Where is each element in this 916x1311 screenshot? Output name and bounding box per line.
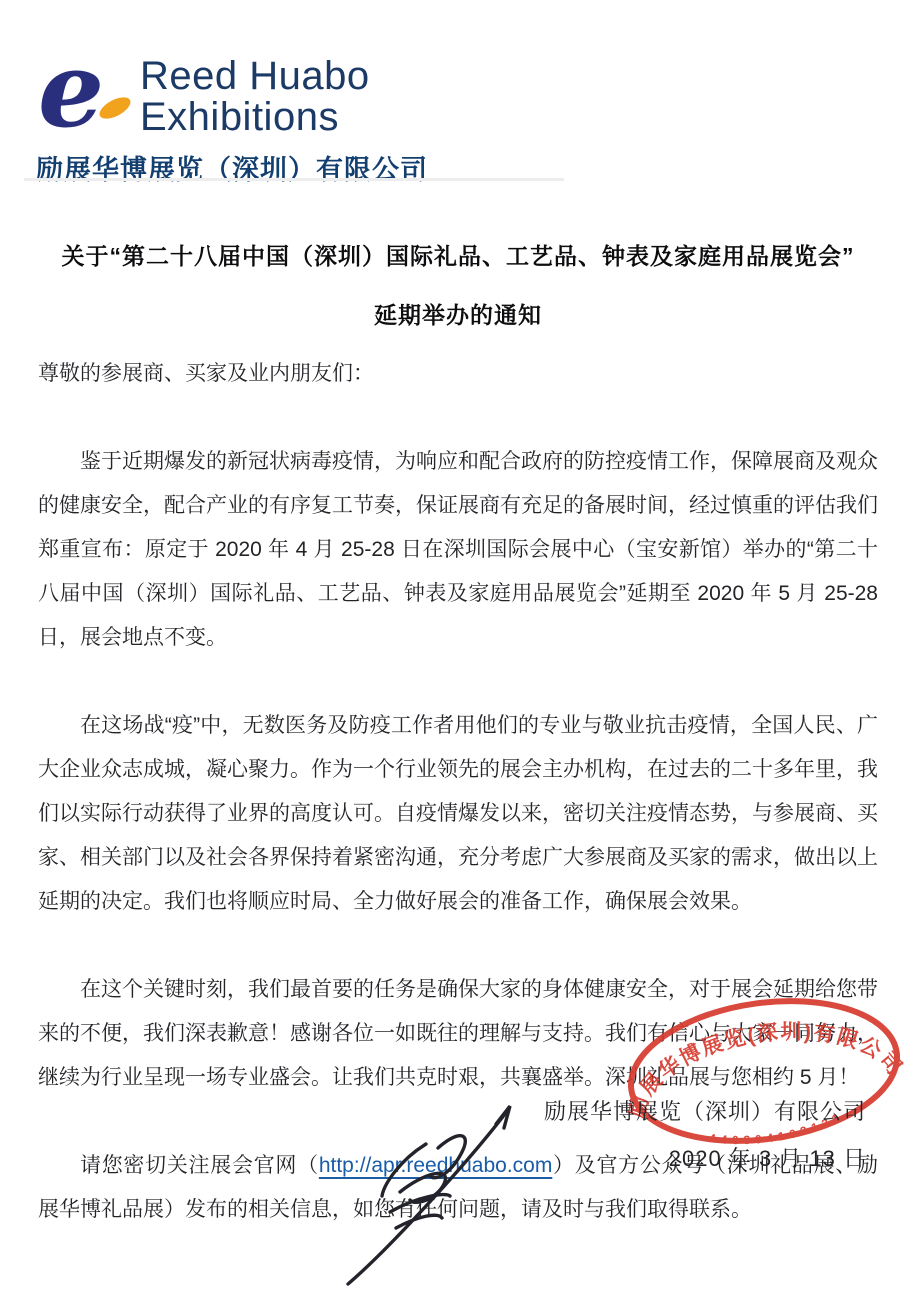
paragraph-postponement: 鉴于近期爆发的新冠状病毒疫情，为响应和配合政府的防控疫情工作，保障展商及观众的健… bbox=[38, 440, 878, 660]
logo-e-glyph: e bbox=[38, 46, 104, 142]
notice-title: 关于“第二十八届中国（深圳）国际礼品、工艺品、钟表及家庭用品展览会” 延期举办的… bbox=[0, 238, 916, 330]
notice-title-line1: 关于“第二十八届中国（深圳）国际礼品、工艺品、钟表及家庭用品展览会” bbox=[0, 238, 916, 271]
reed-huabo-e-icon: e bbox=[36, 46, 132, 142]
official-website-link[interactable]: http://apr.reedhuabo.com bbox=[319, 1154, 553, 1177]
logo-company-name-cn: 励展华博展览（深圳）有限公司 bbox=[36, 148, 428, 187]
signoff-company-name: 励展华博展览（深圳）有限公司 bbox=[544, 1095, 866, 1126]
contact-text-before-link: 请您密切关注展会官网（ bbox=[80, 1154, 319, 1177]
signoff-block: 励展华博展览（深圳）有限公司 2020 年 3 月 13 日 bbox=[544, 1095, 866, 1173]
logo-shadow-line bbox=[24, 178, 564, 181]
salutation: 尊敬的参展商、买家及业内朋友们： bbox=[38, 352, 878, 396]
paragraph-apology: 在这个关键时刻，我们最首要的任务是确保大家的身体健康安全，对于展会延期给您带来的… bbox=[38, 968, 878, 1100]
brand-line-2: Exhibitions bbox=[140, 97, 370, 138]
notice-document: e Reed Huabo Exhibitions 励展华博展览（深圳）有限公司 … bbox=[0, 0, 916, 1311]
paragraph-background: 在这场战“疫”中，无数医务及防疫工作者用他们的专业与敬业抗击疫情，全国人民、广大… bbox=[38, 704, 878, 924]
brand-line-1: Reed Huabo bbox=[140, 56, 370, 97]
signoff-date: 2020 年 3 月 13 日 bbox=[544, 1142, 866, 1173]
brand-name: Reed Huabo Exhibitions bbox=[140, 56, 370, 138]
company-logo: e Reed Huabo Exhibitions 励展华博展览（深圳）有限公司 bbox=[36, 46, 428, 187]
notice-title-line2: 延期举办的通知 bbox=[0, 297, 916, 330]
